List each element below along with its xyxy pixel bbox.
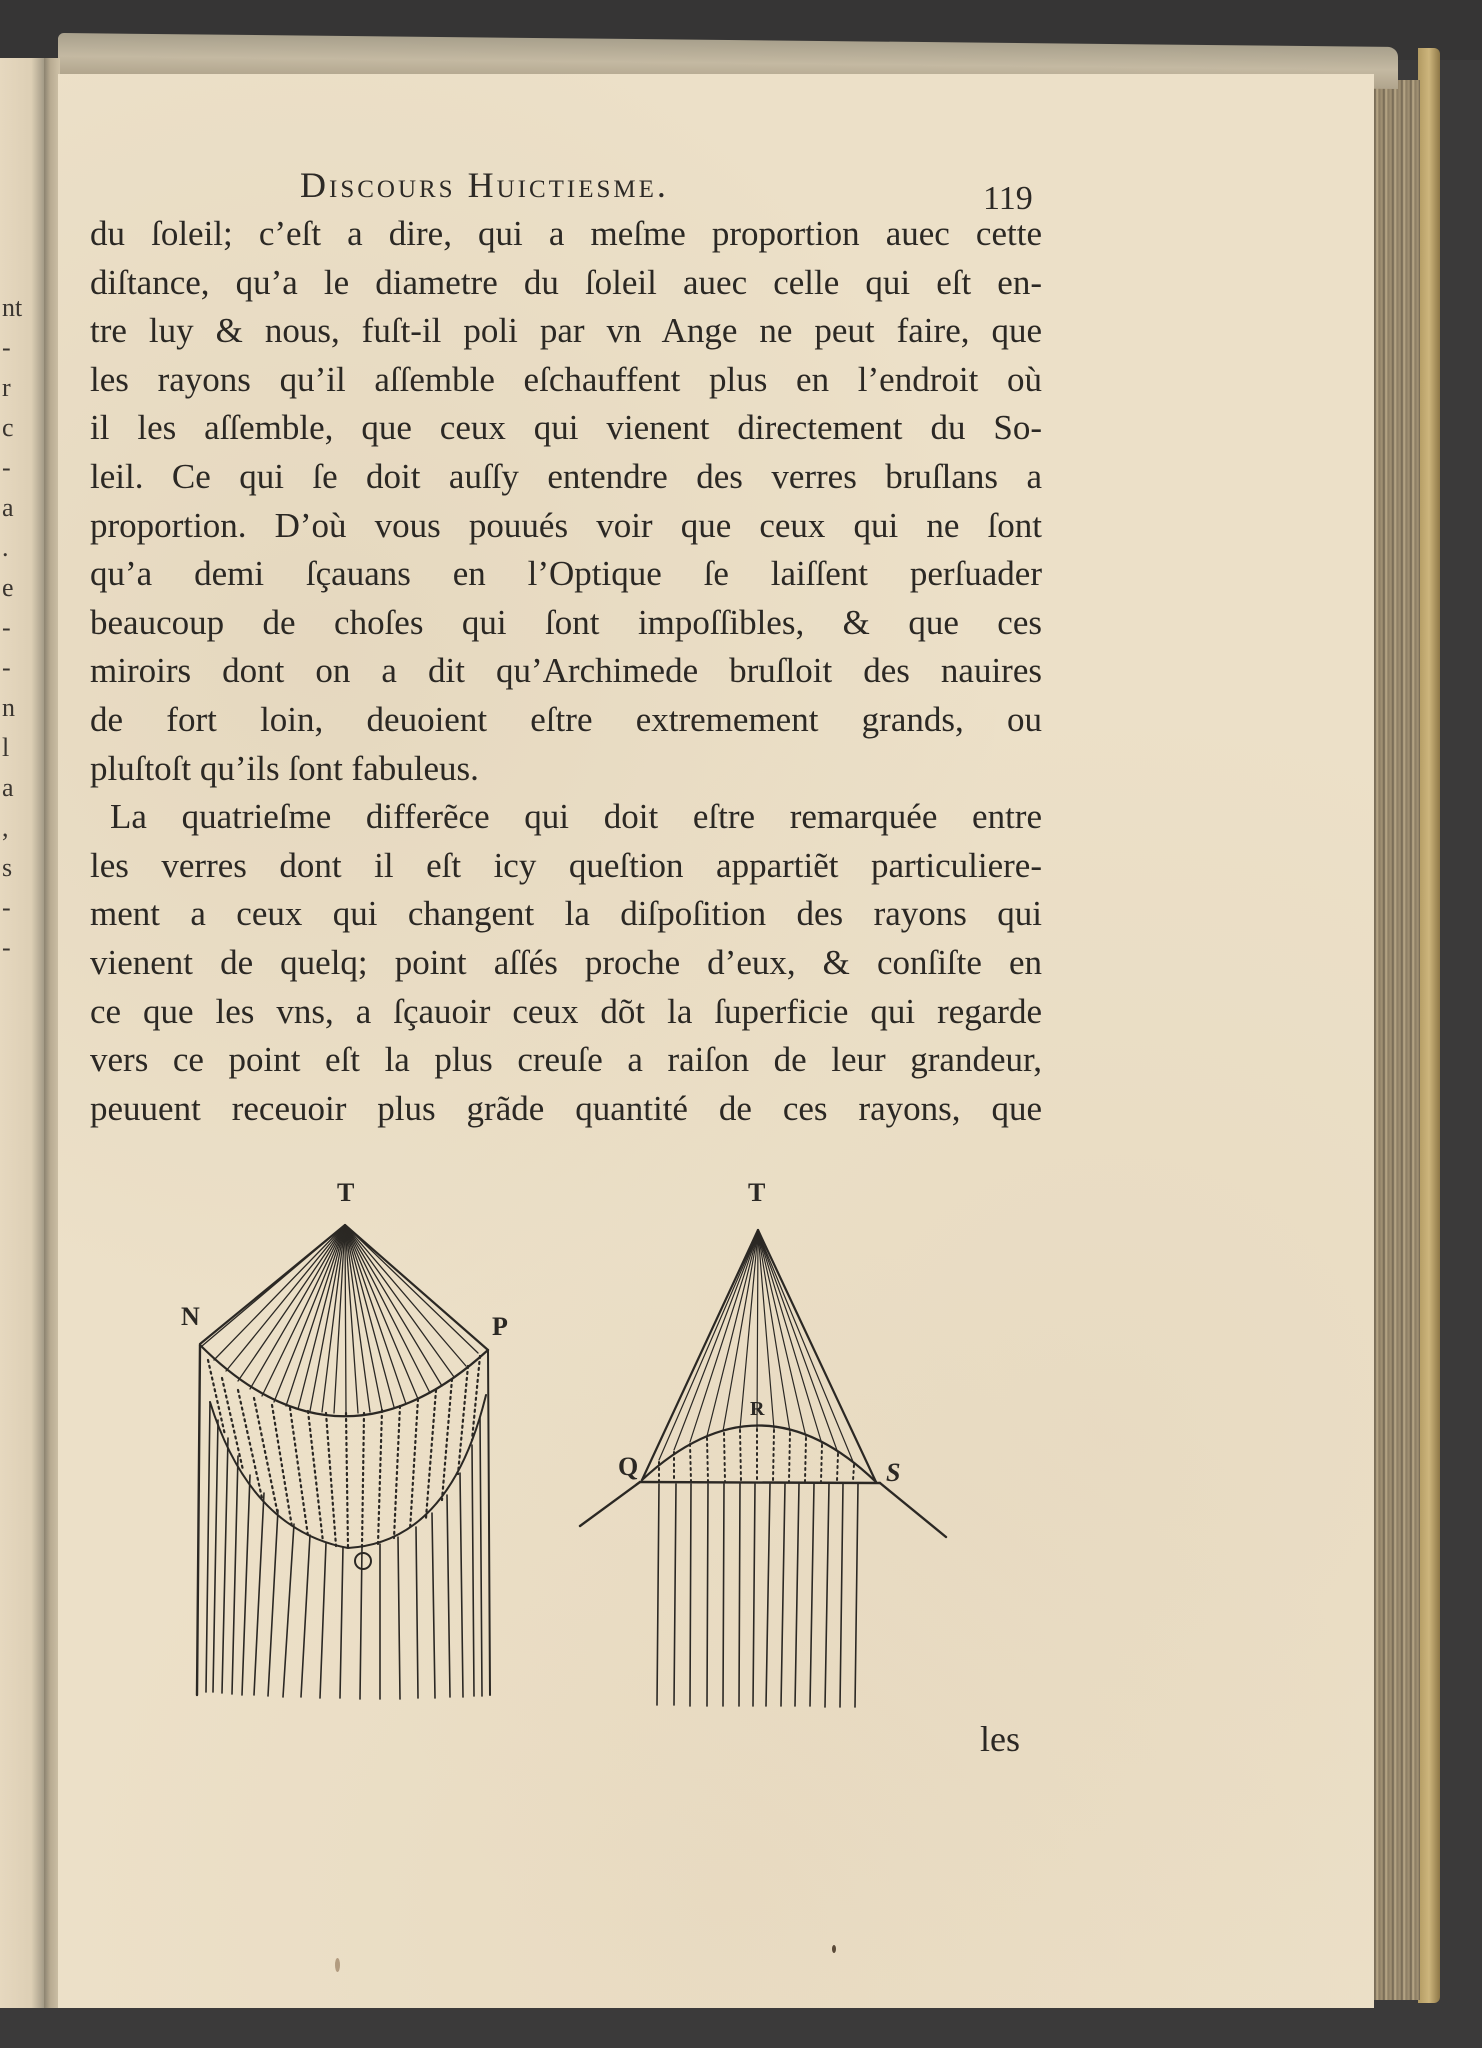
text-line: vers ce point eſt la plus creuſe a raiſo…: [90, 1036, 1042, 1085]
book-cover-edge: [1418, 48, 1440, 2003]
margin-fragment: ,: [2, 808, 32, 848]
margin-fragment: -: [2, 328, 32, 368]
convex-lens-diagram: T R Q S: [570, 1170, 970, 1720]
text-line: leil. Ce qui ſe doit auſſy entendre des …: [90, 453, 1042, 502]
text-line: vienent de quelq; point aſſés proche d’e…: [90, 939, 1042, 988]
paper-speck: [335, 1958, 340, 1972]
margin-fragment: -: [2, 888, 32, 928]
text-line: les rayons qu’il aſſemble eſchauffent pl…: [90, 356, 1042, 405]
paper-speck: [832, 1945, 836, 1953]
text-line: pluſtoſt qu’ils ſont fabuleus.: [90, 745, 1042, 794]
margin-fragment: r: [2, 368, 32, 408]
margin-fragment: c: [2, 408, 32, 448]
running-head: Discours Huictiesme.: [300, 164, 669, 206]
catchword: les: [980, 1718, 1020, 1760]
text-line: diſtance, qu’a le diametre du ſoleil aue…: [90, 259, 1042, 308]
margin-fragment: nt: [2, 288, 32, 328]
label-S: S: [886, 1458, 900, 1488]
concave-lens-diagram: T N P: [180, 1170, 540, 1710]
margin-fragment: n: [2, 688, 32, 728]
margin-fragment: -: [2, 608, 32, 648]
text-line: proportion. D’où vous pouués voir que ce…: [90, 502, 1042, 551]
margin-fragment: -: [2, 448, 32, 488]
label-R: R: [750, 1398, 764, 1421]
text-line: miroirs dont on a dit qu’Archimede bruſl…: [90, 647, 1042, 696]
margin-fragment: -: [2, 928, 32, 968]
label-T-left: T: [337, 1178, 354, 1208]
text-line: tre luy & nous, fuſt-il poli par vn Ange…: [90, 307, 1042, 356]
label-T-right: T: [748, 1178, 765, 1208]
text-line: ment a ceux qui changent la diſpoſition …: [90, 890, 1042, 939]
page-stack-edges: [1370, 80, 1420, 2000]
margin-fragment: e: [2, 568, 32, 608]
text-line: du ſoleil; c’eſt a dire, qui a meſme pro…: [90, 210, 1042, 259]
paragraph-start-line: La quatrieſme differẽce qui doit eſtre r…: [90, 793, 1042, 842]
label-N: N: [181, 1302, 200, 1332]
text-line: qu’a demi ſçauans en l’Optique ſe laiſſe…: [90, 550, 1042, 599]
text-line: peuuent receuoir plus grãde quantité de …: [90, 1085, 1042, 1134]
body-text: du ſoleil; c’eſt a dire, qui a meſme pro…: [90, 210, 1042, 1133]
text-line: il les aſſemble, que ceux qui vienent di…: [90, 404, 1042, 453]
text-line: les verres dont il eſt icy queſtion appa…: [90, 842, 1042, 891]
concave-lens-drawing: [180, 1170, 540, 1710]
margin-fragment: l: [2, 728, 32, 768]
label-P: P: [492, 1312, 508, 1342]
label-Q: Q: [618, 1452, 638, 1482]
text-line: ce que les vns, a ſçauoir ceux dõt la ſu…: [90, 988, 1042, 1037]
convex-lens-drawing: [570, 1170, 970, 1720]
margin-fragment: a: [2, 768, 32, 808]
text-line: beaucoup de choſes qui ſont impoſſibles,…: [90, 599, 1042, 648]
margin-fragment: a: [2, 488, 32, 528]
margin-fragment: s: [2, 848, 32, 888]
text-line: de fort loin, deuoient eſtre extremement…: [90, 696, 1042, 745]
margin-fragment: -: [2, 648, 32, 688]
margin-fragment: .: [2, 528, 32, 568]
previous-page-margin-text: nt - r c - a . e - - n l a , s - -: [2, 288, 32, 968]
